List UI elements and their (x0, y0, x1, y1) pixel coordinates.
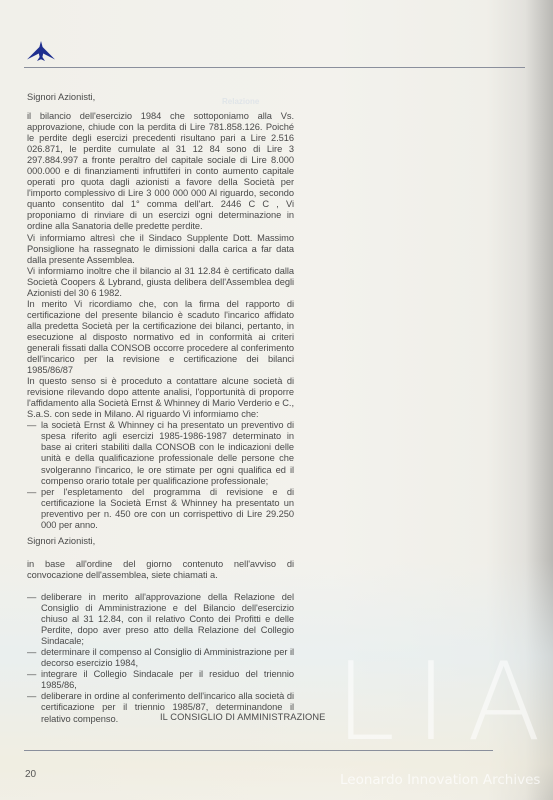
agenda-section: deliberare in merito all'approvazione de… (27, 592, 294, 725)
list-item: integrare il Collegio Sindacale per il r… (27, 669, 294, 691)
watermark-logo: LIA (335, 640, 553, 765)
paragraph-resignation: Vi informiamo altresì che il Sindaco Sup… (27, 233, 294, 266)
swallow-bird-icon (26, 40, 56, 64)
signature: IL CONSIGLIO DI AMMINISTRAZIONE (160, 712, 325, 722)
list-item: deliberare in merito all'approvazione de… (27, 592, 294, 647)
paragraph-auditor-mandate: In merito Vi ricordiamo che, con la firm… (27, 299, 294, 376)
list-item: la società Ernst & Whinney ci ha present… (27, 420, 294, 486)
greeting-1: Signori Azionisti, (27, 92, 95, 102)
agenda-list: deliberare in merito all'approvazione de… (27, 592, 294, 725)
agenda-intro: in base all'ordine del giorno contenuto … (27, 559, 294, 581)
body-section-1: il bilancio dell'esercizio 1984 che sott… (27, 111, 294, 531)
auditor-details-list: la società Ernst & Whinney ci ha present… (27, 420, 294, 530)
show-through-heading: Relazione (222, 97, 259, 106)
paragraph-certification: Vi informiamo inoltre che il bilancio al… (27, 266, 294, 299)
list-item: per l'espletamento del programma di revi… (27, 487, 294, 531)
greeting-2: Signori Azionisti, (27, 536, 95, 546)
watermark-caption: Leonardo Innovation Archives (340, 772, 540, 788)
list-item: determinare il compenso al Consiglio di … (27, 647, 294, 669)
paragraph-losses: il bilancio dell'esercizio 1984 che sott… (27, 111, 294, 233)
page-number: 20 (25, 769, 36, 780)
footer-rule (24, 750, 493, 751)
paragraph-ernst-whinney: In questo senso si è proceduto a contatt… (27, 376, 294, 420)
header-rule (24, 67, 525, 68)
